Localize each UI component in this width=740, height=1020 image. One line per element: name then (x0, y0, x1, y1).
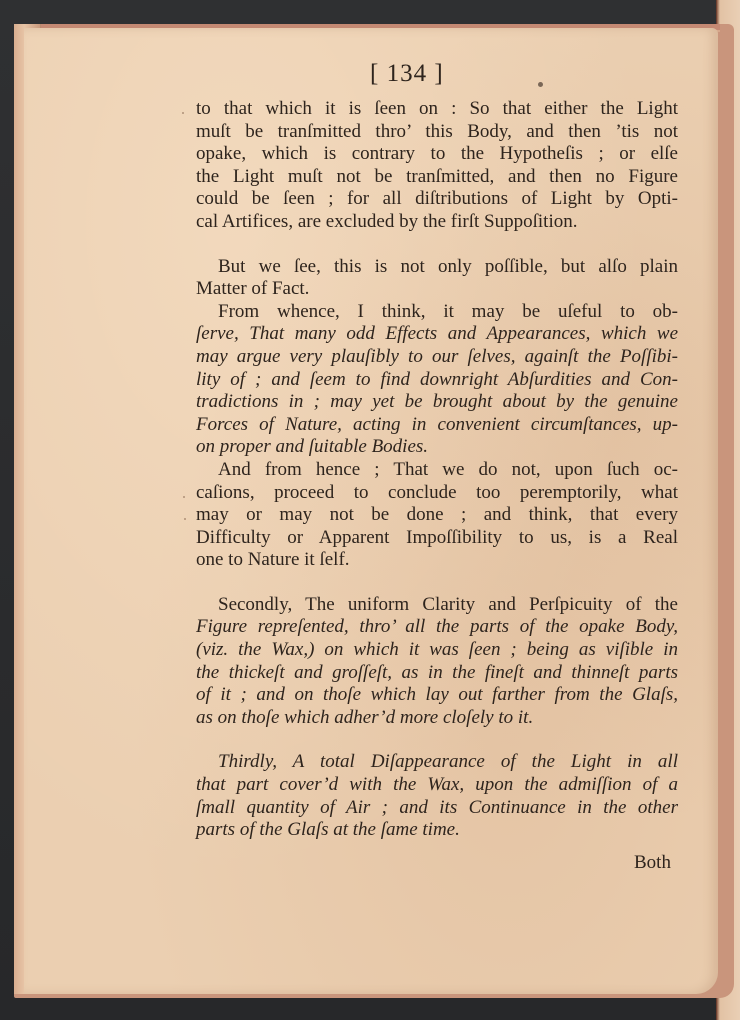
text-line: on proper and ſuitable Bodies. (196, 436, 678, 459)
text-line: the thickeſt and groſſeſt, as in the fin… (196, 662, 678, 685)
paragraph-3: From whence, I think, it may be uſeful t… (196, 301, 678, 459)
text-line: may or may not be done ; and think, that… (196, 504, 678, 527)
text-line: muſt be tranſmitted thro’ this Body, and… (196, 121, 678, 144)
text-line: From whence, I think, it may be uſeful t… (196, 301, 678, 324)
catchword: Both (634, 852, 671, 874)
text-line: opake, which is contrary to the Hypotheſ… (196, 143, 678, 166)
margin-speck (182, 112, 184, 114)
text-line: cal Artifices, are excluded by the firſt… (196, 211, 678, 234)
paragraph-2: But we ſee, this is not only poſſible, b… (196, 256, 678, 301)
text-line: Matter of Fact. (196, 278, 678, 301)
text-line: Figure repreſented, thro’ all the parts … (196, 616, 678, 639)
text-line: Thirdly, A total Diſappearance of the Li… (196, 751, 678, 774)
paragraph-5: Secondly, The uniform Clarity and Perſpi… (196, 594, 678, 730)
text-line: caſions, proceed to conclude too perempt… (196, 482, 678, 505)
text-line: lity of ; and ſeem to find downright Abſ… (196, 369, 678, 392)
text-line: parts of the Glaſs at the ſame time. (196, 819, 678, 842)
margin-speck (184, 518, 186, 520)
text-line: ſerve, That many odd Effects and Appeara… (196, 323, 678, 346)
text-line: But we ſee, this is not only poſſible, b… (196, 256, 678, 279)
text-line: Secondly, The uniform Clarity and Perſpi… (196, 594, 678, 617)
ink-spot (538, 82, 543, 87)
text-line: ſmall quantity of Air ; and its Continua… (196, 797, 678, 820)
page-body-text: to that which it is ſeen on : So that ei… (196, 98, 678, 842)
page-number: [ 134 ] (370, 60, 444, 88)
margin-speck (183, 496, 185, 498)
text-line: Forces of Nature, acting in convenient c… (196, 414, 678, 437)
text-line: one to Nature it ſelf. (196, 549, 678, 572)
text-line: as on thoſe which adher’d more cloſely t… (196, 707, 678, 730)
text-line: Difficulty or Apparent Impoſſibility to … (196, 527, 678, 550)
text-line: may argue very plauſibly to our ſelves, … (196, 346, 678, 369)
scanned-book-page-view: [ 134 ] to that which it is ſeen on : So… (0, 0, 740, 1020)
text-line: to that which it is ſeen on : So that ei… (196, 98, 678, 121)
paragraph-4: And from hence ; That we do not, upon ſu… (196, 459, 678, 572)
paragraph-6: Thirdly, A total Diſappearance of the Li… (196, 751, 678, 841)
text-line: And from hence ; That we do not, upon ſu… (196, 459, 678, 482)
text-line: that part cover’d with the Wax, upon the… (196, 774, 678, 797)
text-line: (viz. the Wax,) on which it was ſeen ; b… (196, 639, 678, 662)
text-line: could be ſeen ; for all diſtributions of… (196, 188, 678, 211)
paragraph-1: to that which it is ſeen on : So that ei… (196, 98, 678, 234)
text-line: tradictions in ; may yet be brought abou… (196, 391, 678, 414)
text-line: of it ; and on thoſe which lay out farth… (196, 684, 678, 707)
text-line: the Light muſt not be tranſmitted, and t… (196, 166, 678, 189)
